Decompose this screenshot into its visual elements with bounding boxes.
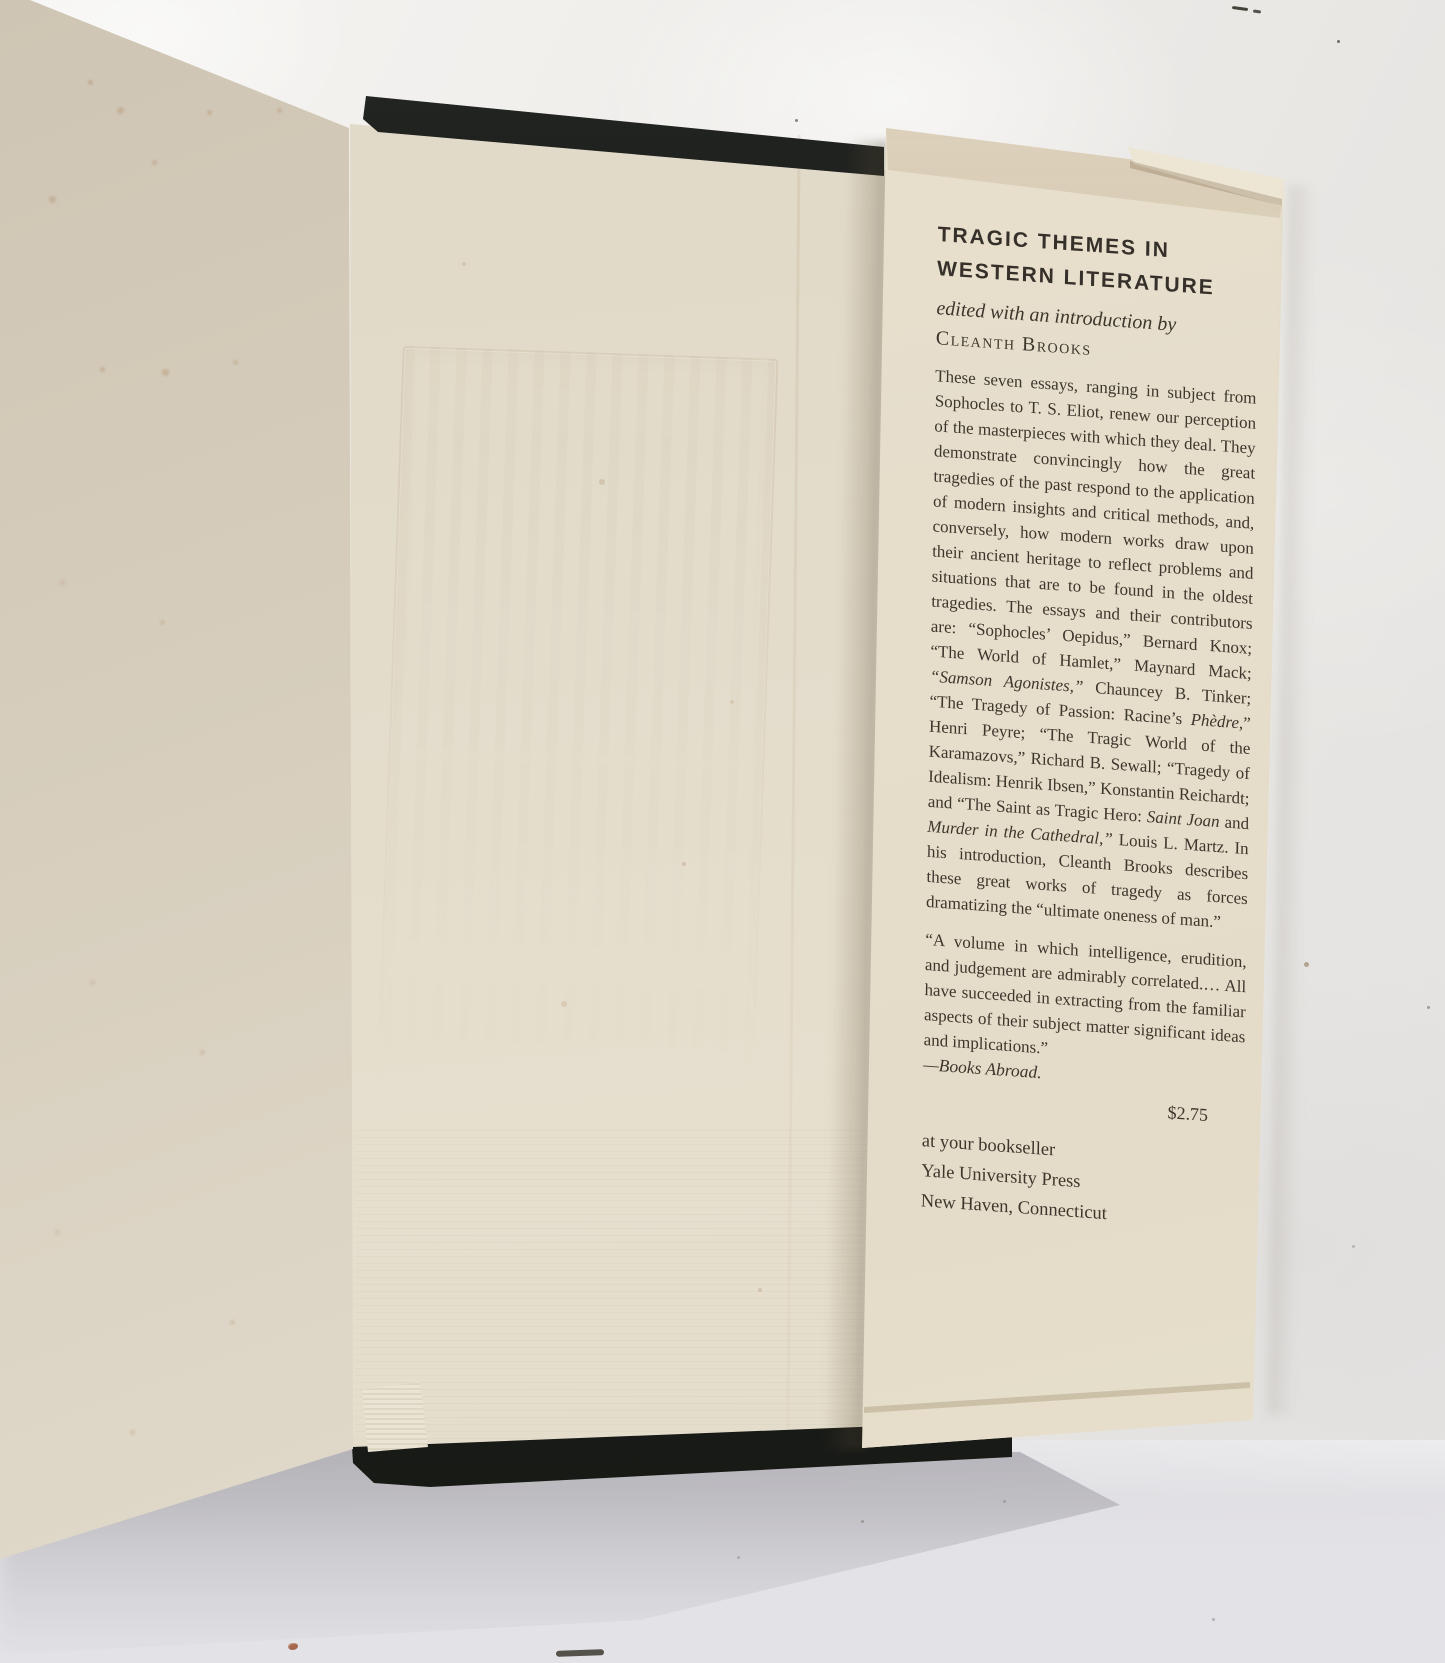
jacket-flap-text: TRAGIC THEMES IN WESTERN LITERATURE edit… (921, 218, 1260, 1239)
jacket-description: These seven essays, ranging in subject f… (926, 363, 1257, 936)
endpaper-embossed-panel (369, 346, 778, 1313)
wall-specks (0, 0, 3, 3)
book-photo: TRAGIC THEMES IN WESTERN LITERATURE edit… (0, 0, 1445, 1663)
jacket-review-quote: “A volume in which intelligence, eruditi… (923, 927, 1246, 1075)
